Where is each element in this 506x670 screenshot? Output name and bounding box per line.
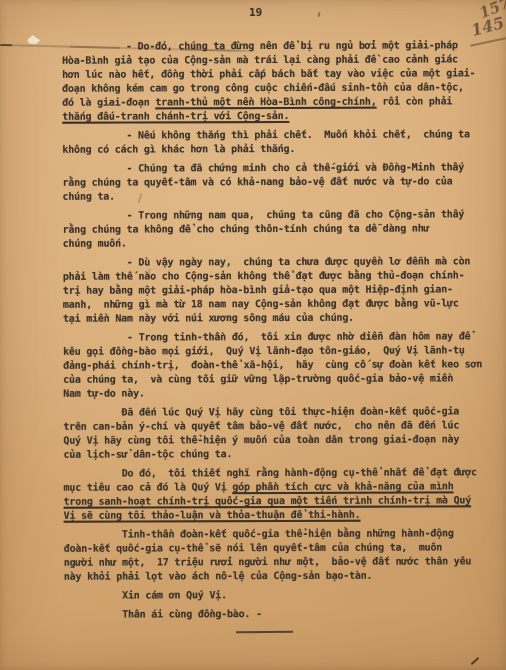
text-line: của chúng ta, và cùng tôi giữ vững lập-t…: [63, 372, 493, 388]
text-line: đoàn-kết quốc-gia cụ-thể sẽ nói lên quyế…: [64, 541, 494, 557]
text-line: rằng chúng ta không để cho chúng thôn-tí…: [63, 222, 493, 238]
text-line: kêu gọi đồng-bào mọi giới, Quý Vị lãnh-đ…: [63, 344, 493, 360]
paragraph: Xin cám ơn Quý Vị.: [64, 588, 494, 604]
text-line: - Chúng ta đã chứng minh cho cả thế-giới…: [62, 161, 492, 177]
underlined-text: trong sanh-hoạt chính-trị quốc-gia qua m…: [64, 495, 471, 507]
text-line: này khỏi phải lọt vào ách nô-lệ của Cộng…: [64, 569, 494, 585]
paragraph: - Trong tinh-thần đó, tôi xin được nhờ d…: [63, 330, 493, 402]
text-line: rằng chúng ta quyết-tâm và có khả-nang b…: [62, 175, 492, 191]
text-line: hơn lúc nào hết, đồng thời phải cấp bách…: [62, 67, 492, 83]
text-line: Tinh-thần đoàn-kết quốc-gia thể-hiện bằn…: [64, 527, 494, 543]
text-line: Vị sẽ cùng tôi thảo-luận và thỏa-thuận đ…: [64, 508, 494, 524]
document-text: - Do-đó, chúng ta đừng nên để bị ru ngủ …: [62, 39, 494, 622]
text-line: - Trong những nam qua, chúng ta cũng đã …: [63, 208, 493, 224]
text-line: - Trong tinh-thần đó, tôi xin được nhờ d…: [63, 330, 493, 346]
text-line: Do đó, tôi thiết nghĩ rằng hành-động cụ-…: [63, 466, 493, 482]
text-line: Hòa-Bình giả tạo của Cộng-sản mà trái lạ…: [62, 53, 492, 69]
paragraph: - Dù vậy ngày nay, chúng ta chưa được qu…: [63, 255, 493, 327]
text-line: đảng-phái chính-trị, đoàn-thể xã-hội, hã…: [63, 358, 493, 374]
text-line: Thân ái cùng đồng-bào. -: [64, 607, 494, 623]
paragraph: - Nếu không thắng thì phải chết. Muốn kh…: [62, 128, 492, 158]
text-line: không có cách gì khác hơn là phải thắng.: [62, 142, 492, 158]
paper-speck: [318, 12, 321, 17]
text-line: phải làm thế nào cho Cộng-sản không thể …: [63, 269, 493, 285]
underlined-text: Vị sẽ cùng tôi thảo-luận và thỏa-thuận đ…: [64, 510, 361, 522]
text-line: mục tiêu cao cả đó là Quý Vị góp phần tí…: [64, 480, 494, 496]
text-line: đoạn không kém cam go trong công cuộc ch…: [62, 81, 492, 97]
text-line: - Dù vậy ngày nay, chúng ta chưa được qu…: [63, 255, 493, 271]
page-number: 19: [249, 6, 262, 19]
text-line: manh, những gì mà từ 18 nam nay Cộng-sản…: [63, 297, 493, 313]
underlined-text: tranh-thủ một nền Hòa-Bình công-chính,: [155, 97, 376, 109]
text-line: Nam tự-do này.: [63, 386, 493, 402]
underlined-text: góp phần tích cực và khả-năng của mình: [232, 481, 453, 493]
text-line: tại miền Nam này với núi xương sông máu …: [63, 311, 493, 327]
paragraph: Do đó, tôi thiết nghĩ rằng hành-động cụ-…: [63, 466, 493, 524]
pen-tick-mark: [471, 657, 480, 665]
paragraph: Thân ái cùng đồng-bào. -: [64, 607, 494, 623]
text-line: đó là giai-đoạn tranh-thủ một nền Hòa-Bì…: [62, 95, 492, 111]
scanned-page: 19 157 145 - Do-đó, chúng ta đừng nên để…: [0, 0, 506, 670]
text-line: - Do-đó, chúng ta đừng nên để bị ru ngủ …: [62, 39, 492, 55]
text-line: chúng muốn.: [63, 236, 493, 252]
handwritten-number-bottom: 145: [469, 13, 506, 40]
closing-rule: [236, 631, 293, 634]
text-line: Xin cám ơn Quý Vị.: [64, 588, 494, 604]
paragraph: Đã đến lúc Quý Vị hãy cùng tôi thực-hiện…: [63, 405, 493, 463]
paragraph: - Do-đó, chúng ta đừng nên để bị ru ngủ …: [62, 39, 492, 125]
text-line: thắng đấu-tranh chánh-trị với Cộng-sản.: [62, 109, 492, 125]
text-line: Quý Vị hãy cùng tôi thể-hiện ý muốn của …: [63, 433, 493, 449]
text-line: của lịch-sử dân-tộc chúng ta.: [63, 447, 493, 463]
paragraph: Tinh-thần đoàn-kết quốc-gia thể-hiện bằn…: [64, 527, 494, 585]
paragraph: - Trong những nam qua, chúng ta cũng đã …: [63, 208, 493, 252]
text-line: - Nếu không thắng thì phải chết. Muốn kh…: [62, 128, 492, 144]
text-line: trên can-bản ý-chí và quyết tâm bảo-vệ đ…: [63, 419, 493, 435]
text-line: trị hay bằng một giải-pháp hòa-bình giả-…: [63, 283, 493, 299]
underlined-text: thắng đấu-tranh chánh-trị với Cộng-sản.: [62, 111, 289, 123]
text-line: trong sanh-hoạt chính-trị quốc-gia qua m…: [64, 494, 494, 510]
paragraph: - Chúng ta đã chứng minh cho cả thế-giới…: [62, 161, 492, 205]
text-line: Đã đến lúc Quý Vị hãy cùng tôi thực-hiện…: [63, 405, 493, 421]
paper-chip-mark: [27, 35, 40, 44]
text-line: chúng ta.: [63, 189, 493, 205]
text-line: người như một, 17 triệu rưởi người như m…: [64, 555, 494, 571]
